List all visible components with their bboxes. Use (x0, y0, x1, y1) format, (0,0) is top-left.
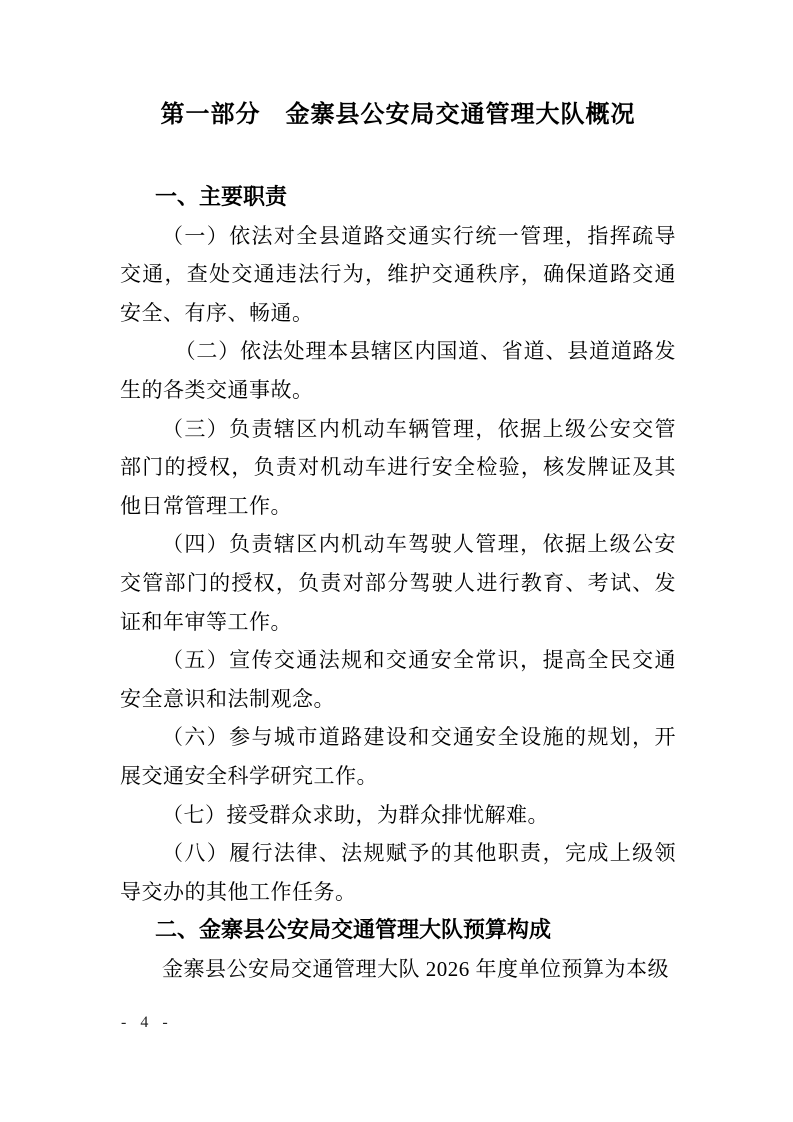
document-title: 第一部分 金寨县公安局交通管理大队概况 (120, 98, 676, 132)
section-main-duties: 一、主要职责 （一）依法对全县道路交通实行统一管理，指挥疏导交通，查处交通违法行… (120, 178, 676, 911)
duty-paragraph-7: （七）接受群众求助，为群众排忧解难。 (120, 796, 676, 835)
page-number: - 4 - (121, 1014, 173, 1032)
section-2-heading: 二、金寨县公安局交通管理大队预算构成 (120, 911, 676, 950)
duty-paragraph-5: （五）宣传交通法规和交通安全常识，提高全民交通安全意识和法制观念。 (120, 641, 676, 718)
duty-paragraph-3: （三）负责辖区内机动车辆管理，依据上级公安交管部门的授权，负责对机动车进行安全检… (120, 410, 676, 526)
duty-paragraph-8: （八）履行法律、法规赋予的其他职责，完成上级领导交办的其他工作任务。 (120, 834, 676, 911)
budget-paragraph-1: 金寨县公安局交通管理大队 2026 年度单位预算为本级 (120, 950, 676, 989)
section-budget-composition: 二、金寨县公安局交通管理大队预算构成 金寨县公安局交通管理大队 2026 年度单… (120, 911, 676, 988)
duty-paragraph-6: （六）参与城市道路建设和交通安全设施的规划，开展交通安全科学研究工作。 (120, 718, 676, 795)
document-page: 第一部分 金寨县公安局交通管理大队概况 一、主要职责 （一）依法对全县道路交通实… (0, 0, 793, 1122)
duty-paragraph-2: （二）依法处理本县辖区内国道、省道、县道道路发生的各类交通事故。 (120, 332, 676, 409)
duty-paragraph-1: （一）依法对全县道路交通实行统一管理，指挥疏导交通，查处交通违法行为，维护交通秩… (120, 217, 676, 333)
section-1-heading: 一、主要职责 (120, 178, 676, 217)
duty-paragraph-4: （四）负责辖区内机动车驾驶人管理，依据上级公安交管部门的授权，负责对部分驾驶人进… (120, 525, 676, 641)
